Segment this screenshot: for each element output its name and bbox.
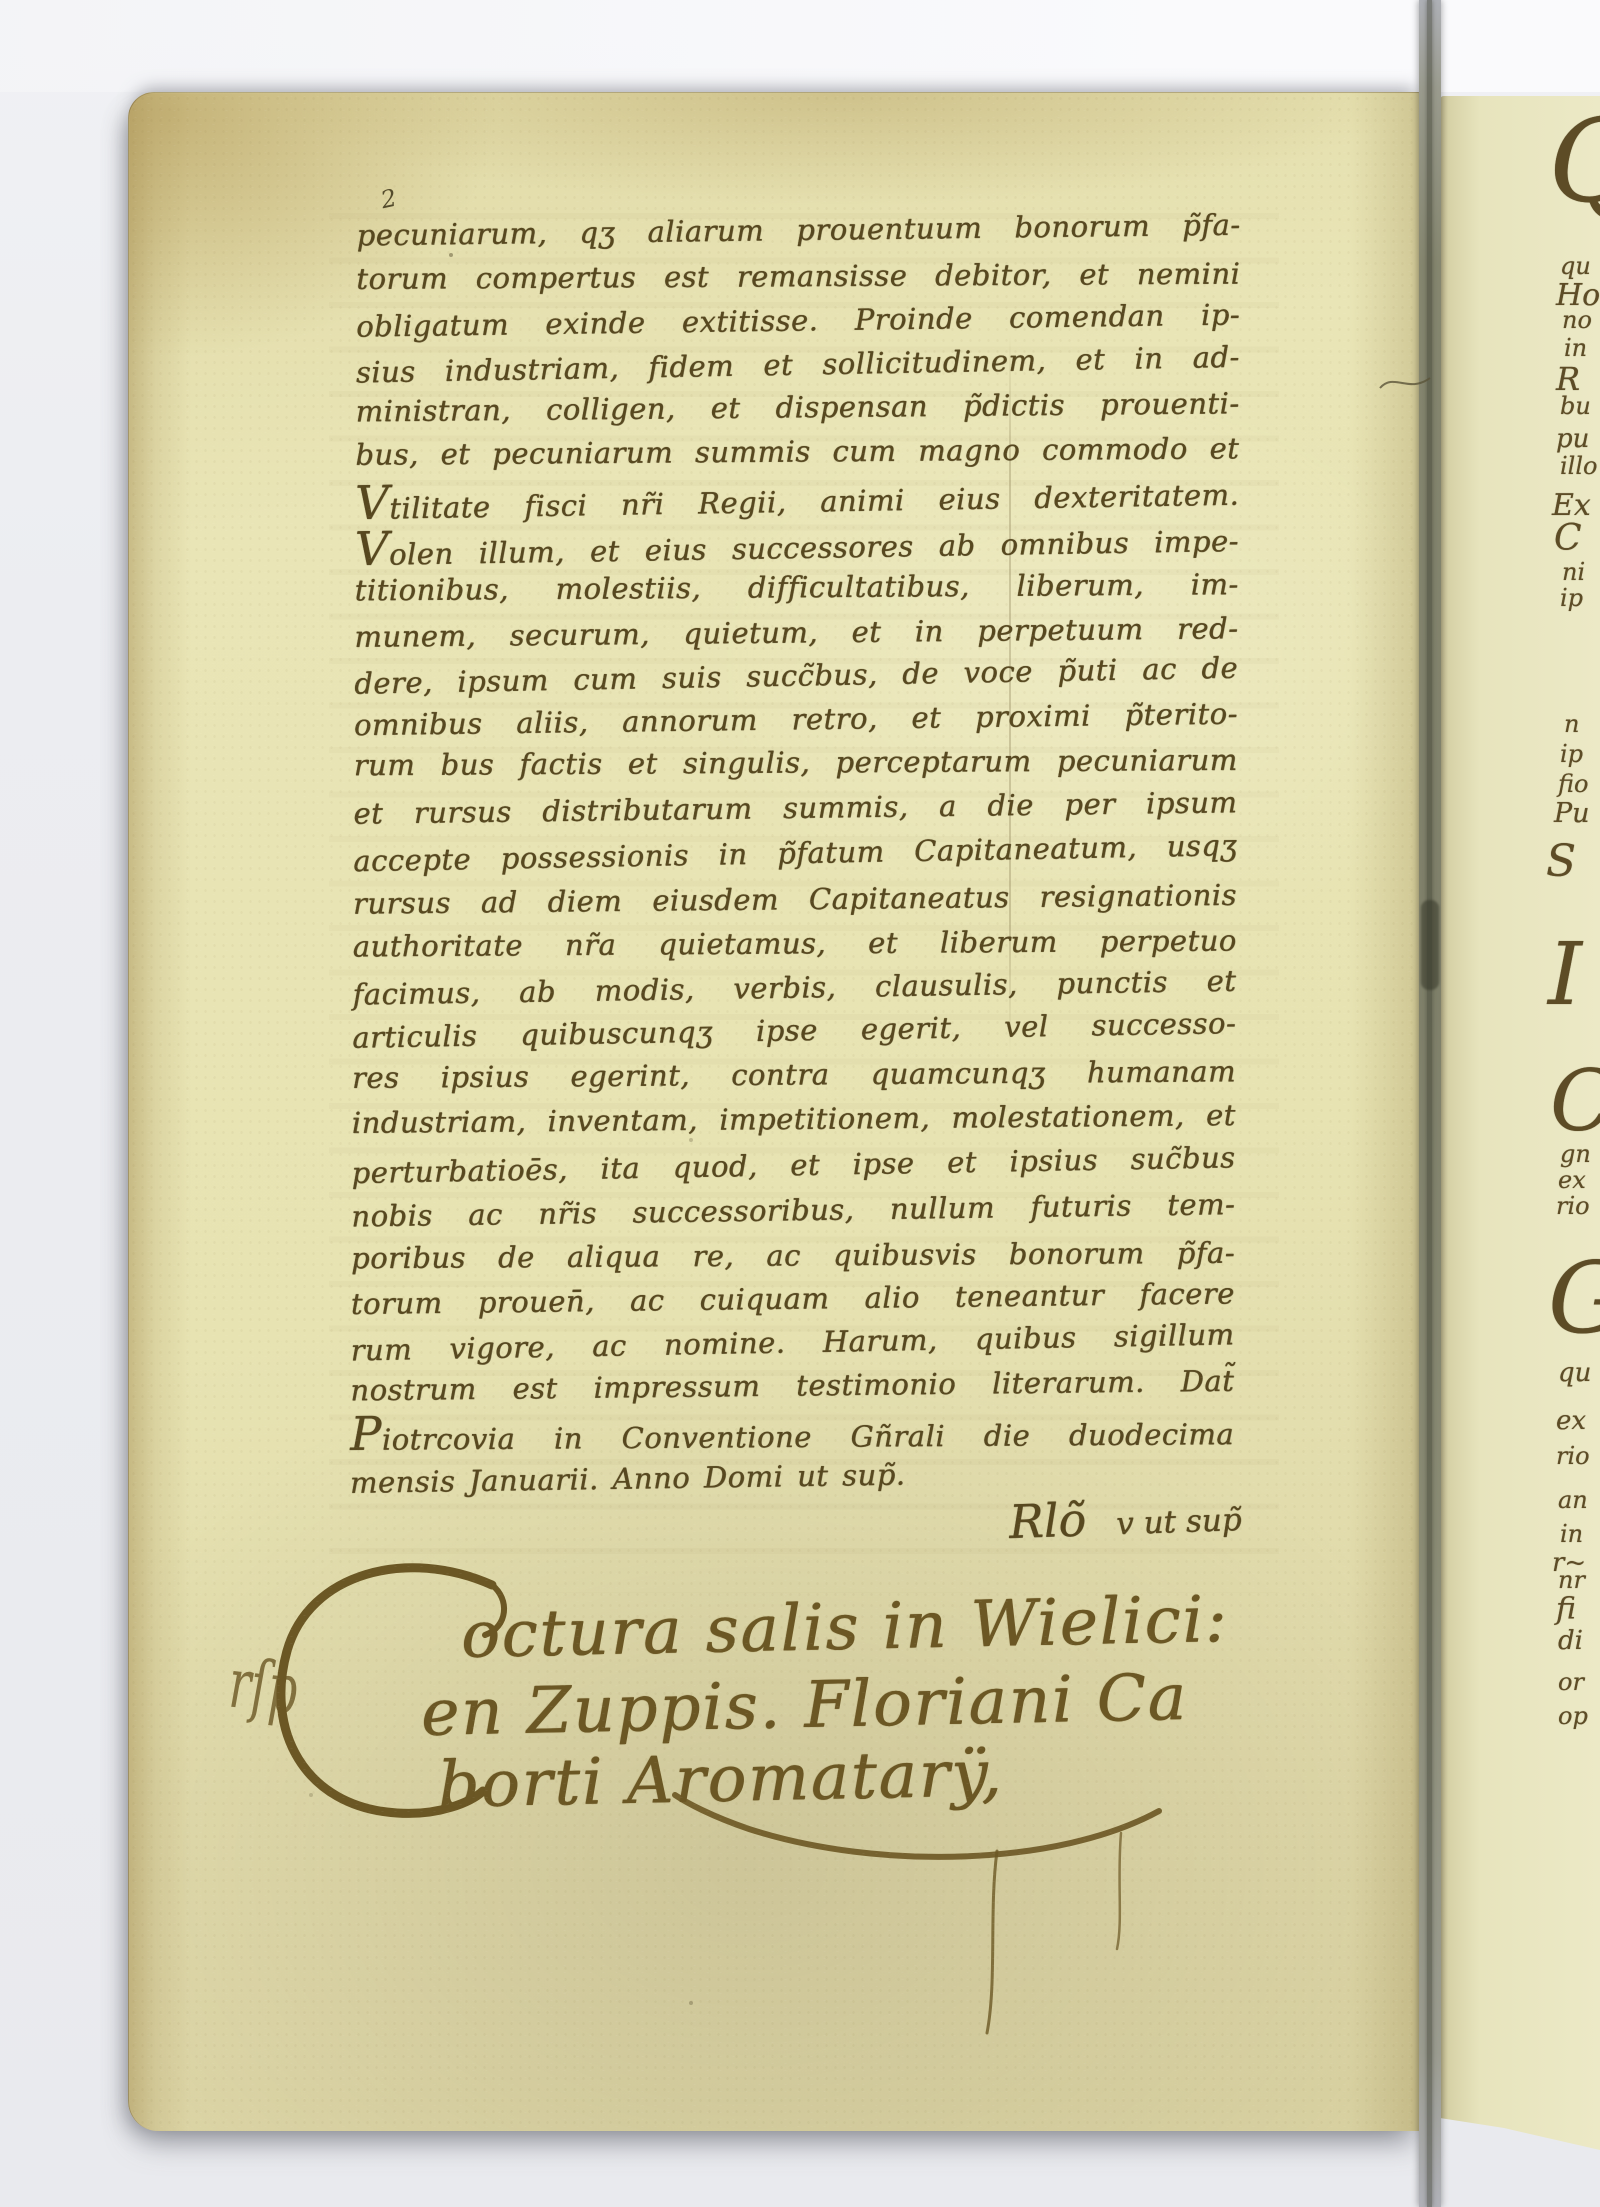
facing-page: QquHonoinRbupuilloExCniipnipfioPuSICgnex…	[1440, 96, 1600, 2154]
facing-page-text-fragment: G	[1548, 1242, 1600, 1356]
facing-page-text-fragment: S	[1546, 836, 1576, 887]
heading-flourish	[629, 1771, 1189, 2051]
heading-line-1: octura salis in Wielici:	[460, 1583, 1229, 1673]
manuscript-text-line: Piotrcovia in Conventione Gñrali die duo…	[350, 1409, 1234, 1459]
manuscript-text-line: ministran, colligen, et dispensan p̃dict…	[356, 384, 1240, 437]
facing-page-text-fragment: ip	[1560, 584, 1583, 612]
facing-page-text-fragment: ni	[1562, 558, 1585, 586]
manuscript-text-line: nostrum est impressum testimonio literar…	[350, 1362, 1234, 1416]
folio-mark: 2	[378, 184, 399, 215]
closing-abbreviation: Rlõ	[1008, 1492, 1087, 1549]
facing-page-text-fragment: rio	[1556, 1442, 1590, 1470]
manuscript-text-line: titionibus, molestiis, difficultatibus, …	[355, 565, 1239, 616]
facing-page-text-fragment: an	[1558, 1486, 1588, 1514]
facing-page-text-fragment: no	[1562, 306, 1592, 334]
facing-page-text-fragment: op	[1558, 1702, 1588, 1730]
facing-page-text-fragment: I	[1548, 925, 1582, 1025]
manuscript-text-line: res ipsius egerint, contra quamcunqʒ hum…	[352, 1052, 1236, 1103]
facing-page-text-fragment: n	[1564, 710, 1579, 738]
facing-page-text-fragment: bu	[1560, 392, 1591, 420]
manuscript-text-line: pecuniarum, qʒ aliarum prouentuum bonoru…	[356, 206, 1240, 261]
facing-page-text-fragment: ex	[1556, 1406, 1586, 1436]
facing-page-text-fragment: fi	[1556, 1592, 1576, 1627]
facing-page-text-fragment: ex	[1558, 1166, 1586, 1194]
scan-background: 2 pecuniarum, qʒ aliarum prouentuum bono…	[0, 0, 1600, 2207]
facing-page-text-fragment: illo	[1560, 452, 1597, 480]
facing-page-text-fragment: Q	[1548, 95, 1600, 229]
facing-page-text-fragment: qu	[1558, 1358, 1591, 1388]
manuscript-text-line: rum bus factis et singulis, perceptarum …	[354, 741, 1238, 791]
facing-page-text-fragment: pu	[1556, 424, 1589, 454]
facing-page-text-fragment: gn	[1560, 1140, 1591, 1168]
facing-page-text-fragment: qu	[1560, 252, 1591, 280]
facing-page-text-fragment: Pu	[1554, 798, 1590, 829]
facing-page-text-fragment: ip	[1560, 740, 1583, 768]
manuscript-body-text: pecuniarum, qʒ aliarum prouentuum bonoru…	[357, 208, 1250, 1505]
heading-line-2: en Zuppis. Floriani Ca	[420, 1661, 1188, 1751]
binding-knot	[1421, 900, 1439, 990]
facing-page-text-fragment: nr	[1558, 1566, 1585, 1594]
paper-fiber	[1378, 366, 1432, 400]
facing-page-text-fragment: di	[1558, 1626, 1583, 1656]
manuscript-text-line: rursus ad diem eiusdem Capitaneatus resi…	[353, 875, 1237, 928]
facing-page-text-fragment: fio	[1558, 770, 1588, 798]
facing-page-text-fragment: in	[1564, 334, 1587, 362]
closing-formula: Rlõv ut sup̃	[1008, 1487, 1242, 1549]
facing-page-text-fragment: or	[1558, 1668, 1584, 1696]
facing-page-text-fragment: in	[1560, 1520, 1583, 1548]
heading-initial-letter: C	[129, 93, 130, 94]
facing-page-text-fragment: rio	[1556, 1192, 1590, 1220]
facing-page-text-fragment: C	[1554, 518, 1582, 559]
manuscript-page: 2 pecuniarum, qʒ aliarum prouentuum bono…	[128, 92, 1421, 2131]
closing-text: v ut sup̃	[1116, 1502, 1243, 1542]
page-edge-strip	[1419, 0, 1441, 2207]
margin-annotation-mark: rſp	[227, 1642, 299, 1730]
facing-page-text-fragment: C	[1550, 1052, 1600, 1150]
